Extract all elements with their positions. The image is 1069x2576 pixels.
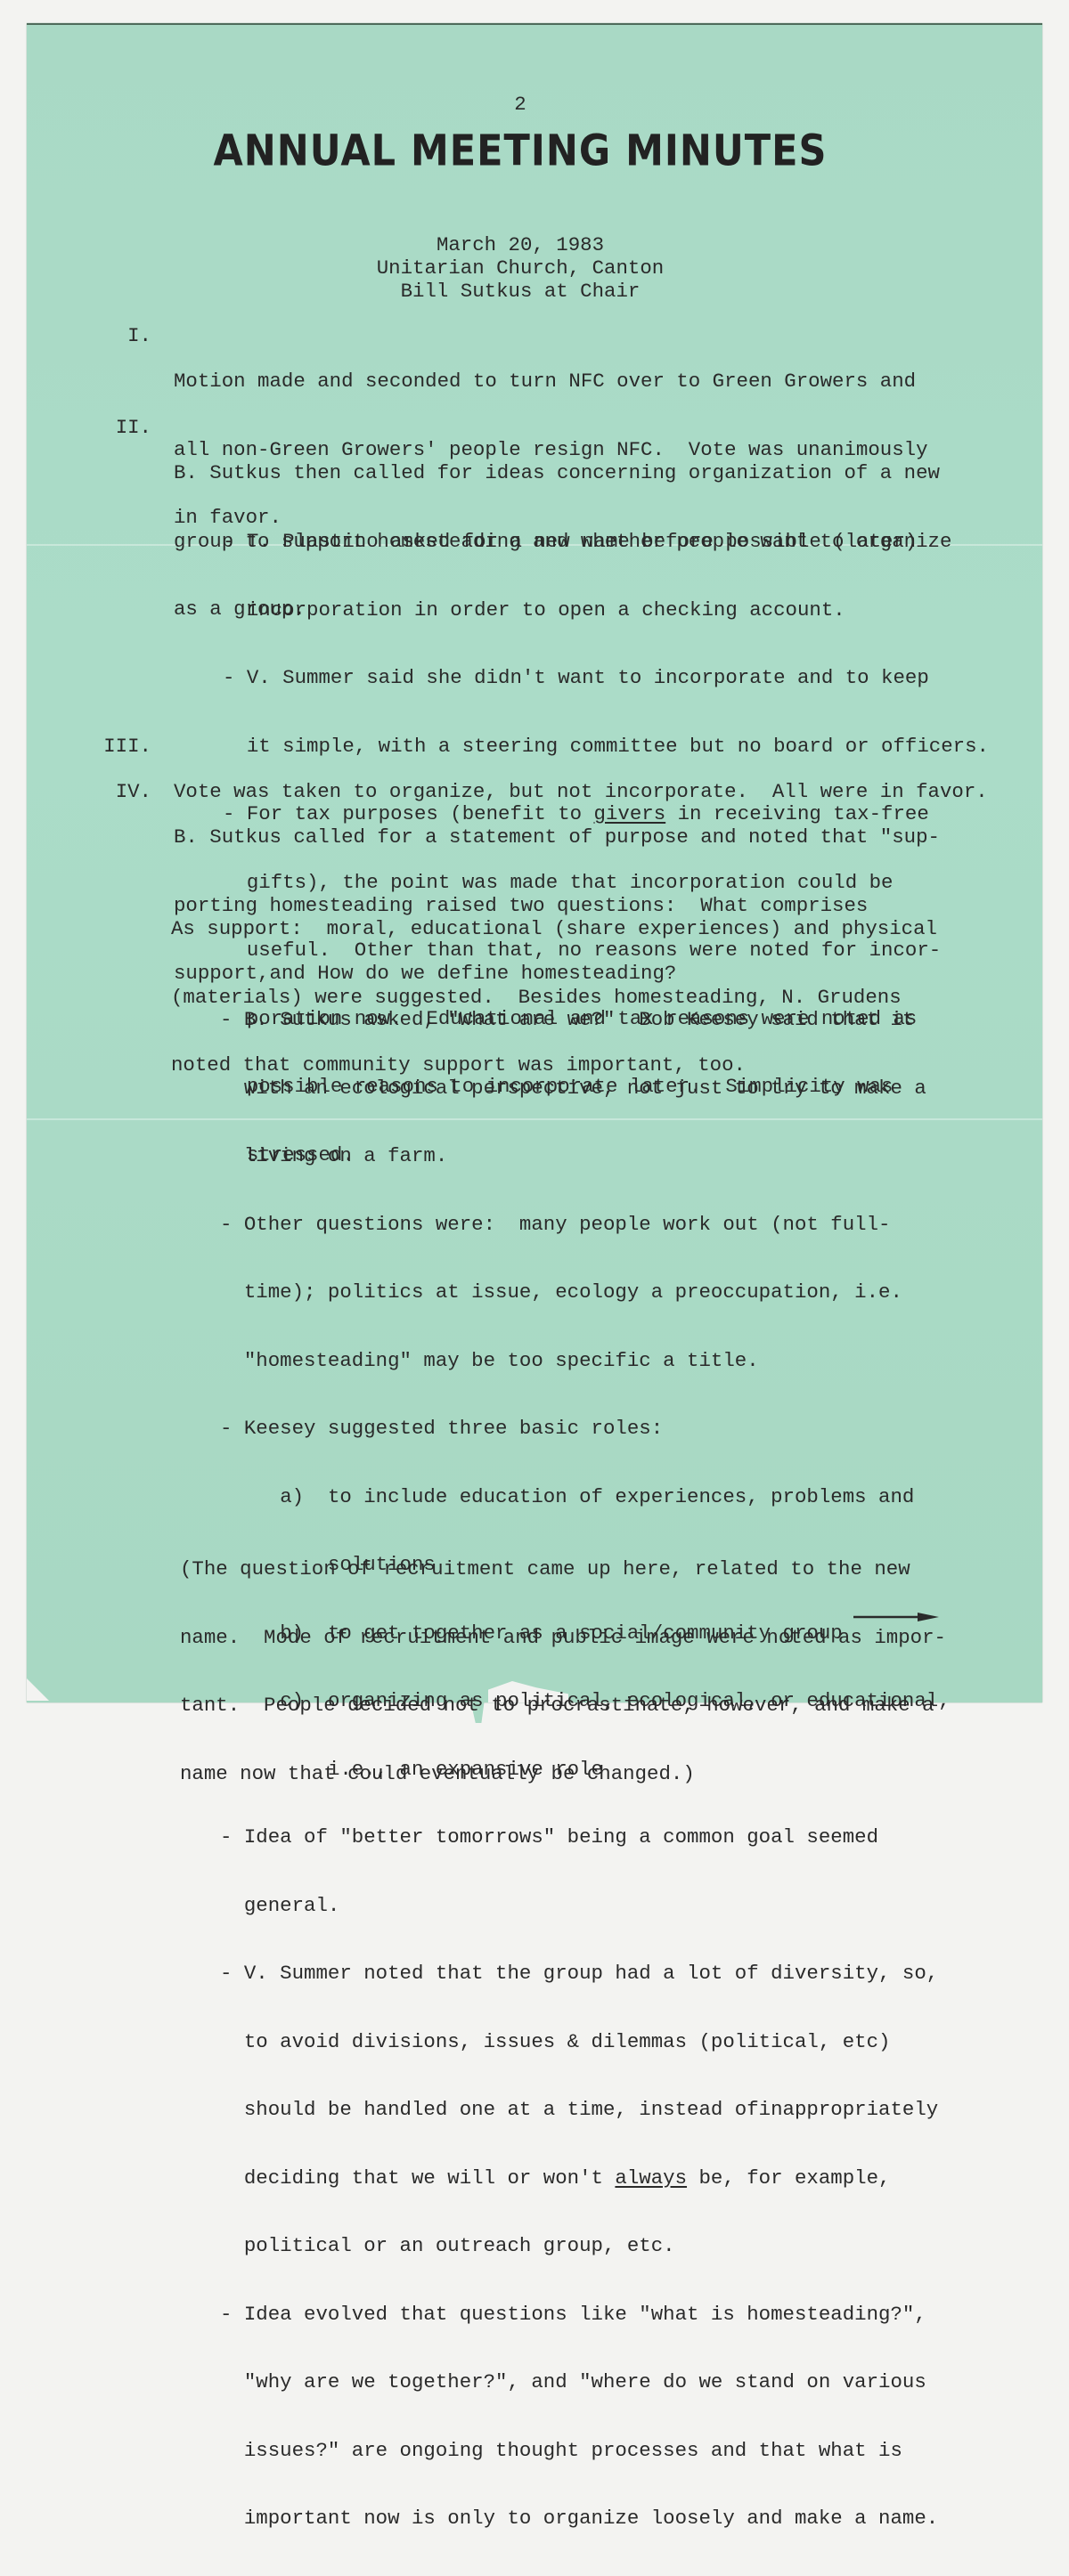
- closing-note: (The question of recruitment came up her…: [180, 1513, 946, 1723]
- meeting-header: March 20, 1983 Unitarian Church, Canton …: [0, 233, 1040, 303]
- section-numeral: IV.: [89, 781, 151, 804]
- page-title: ANNUAL MEETING MINUTES: [0, 139, 1040, 165]
- dash-bullet: -: [223, 530, 247, 553]
- dash-bullet: -: [220, 1008, 244, 1031]
- section-numeral: III.: [89, 735, 151, 759]
- list-item: - T. Plastino asked for a new name befor…: [223, 531, 989, 554]
- text-line: Motion made and seconded to turn NFC ove…: [174, 370, 928, 394]
- meeting-location: Unitarian Church, Canton: [0, 256, 1040, 280]
- section-numeral: I.: [89, 325, 151, 348]
- list-item: - Keesey suggested three basic roles:: [220, 1418, 951, 1441]
- meeting-chair: Bill Sutkus at Chair: [0, 280, 1040, 303]
- list-item: - V. Summer said she didn't want to inco…: [223, 667, 989, 690]
- text-line: B. Sutkus then called for ideas concerni…: [174, 462, 951, 485]
- meeting-date: March 20, 1983: [0, 233, 1040, 256]
- text-line: B. Sutkus called for a statement of purp…: [174, 826, 940, 849]
- list-item: - B. Sutkus asked, "What are we?" Bob Ke…: [220, 1009, 951, 1032]
- dash-bullet: -: [220, 1417, 244, 1440]
- role-item: a) to include education of experiences, …: [220, 1486, 951, 1509]
- dash-bullet: -: [220, 1213, 244, 1236]
- page-number: 2: [0, 93, 1040, 117]
- list-item: - Other questions were: many people work…: [220, 1214, 951, 1237]
- section-numeral: II.: [89, 417, 151, 440]
- text-line: As support: moral, educational (share ex…: [171, 918, 937, 941]
- text-line: tant. People decided not to procrastinat…: [180, 1694, 946, 1718]
- text-line: name. Mode of recruitment and public ima…: [180, 1627, 946, 1650]
- dash-bullet: -: [223, 666, 247, 689]
- arrow-right-icon: [853, 1612, 939, 1622]
- text-line: (The question of recruitment came up her…: [180, 1558, 946, 1581]
